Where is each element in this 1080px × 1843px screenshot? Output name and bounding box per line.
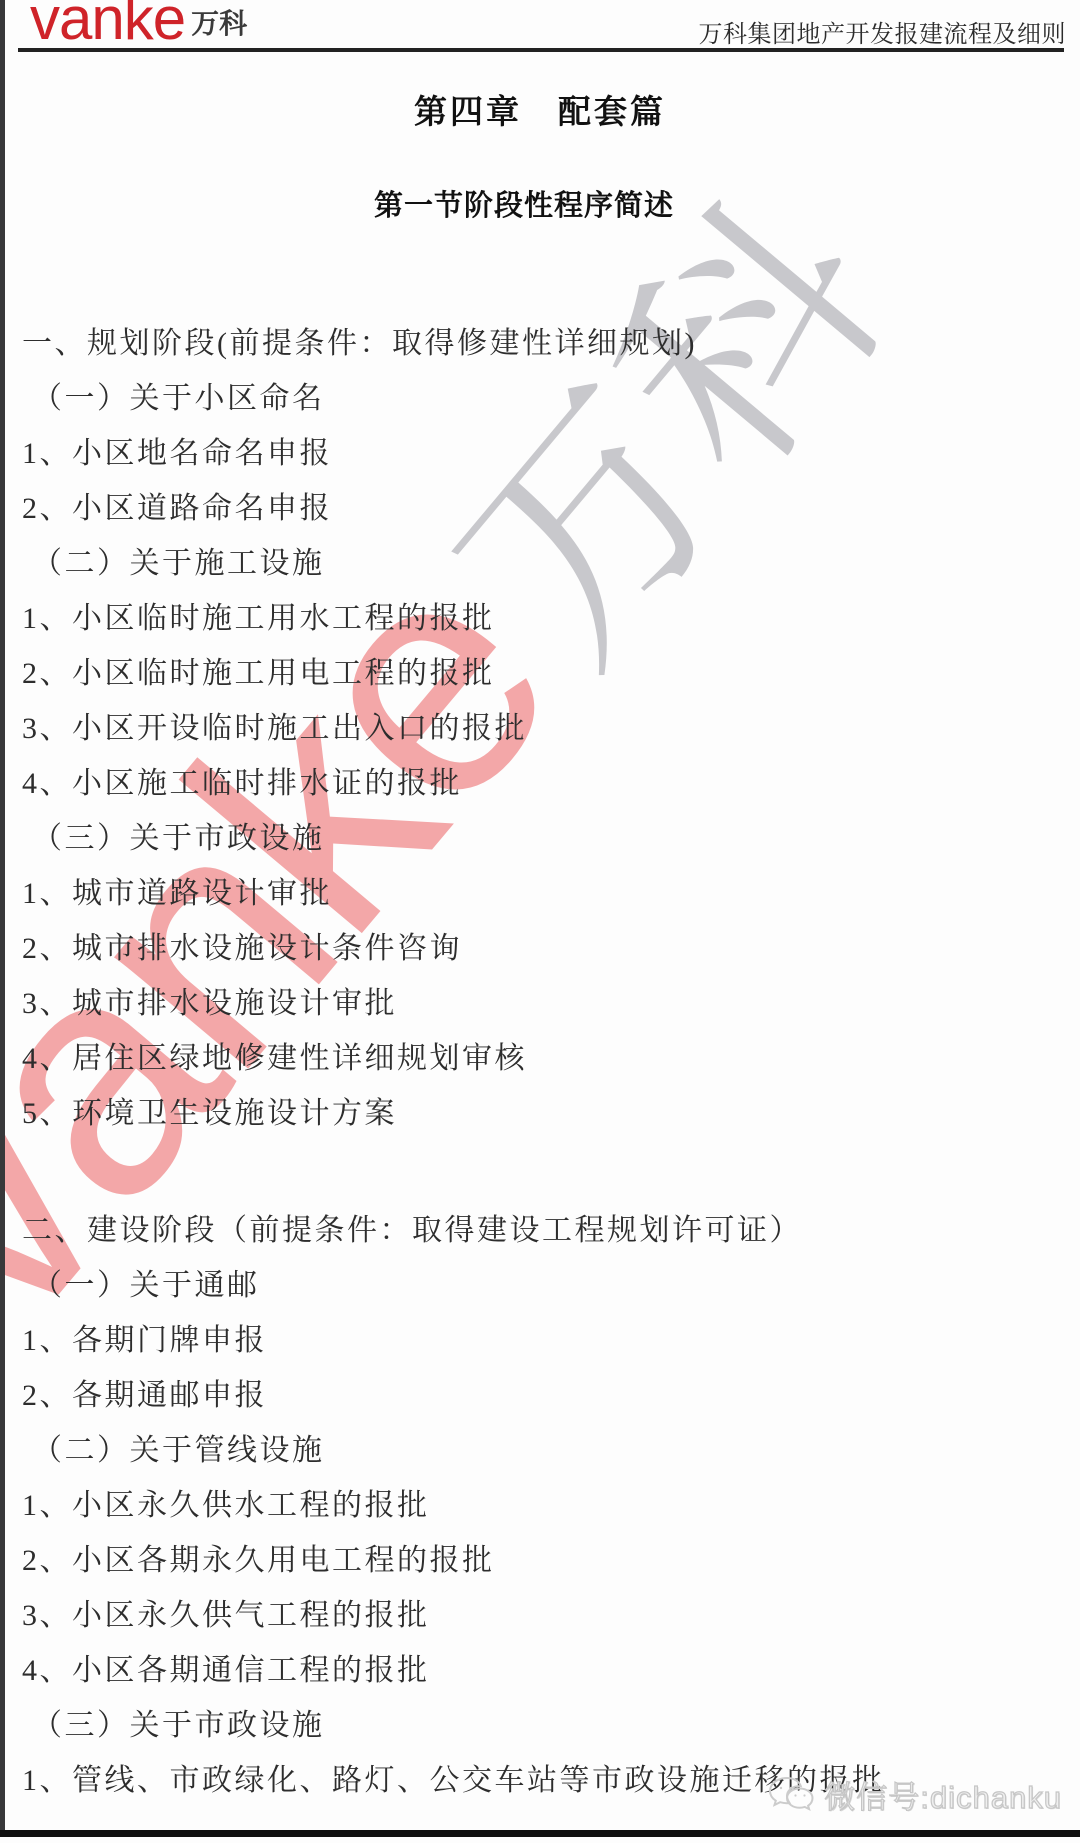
body-line: 1、小区地名命名申报	[0, 426, 1080, 481]
header-document-title: 万科集团地产开发报建流程及细则	[699, 14, 1067, 49]
body-line: 2、小区道路命名申报	[0, 481, 1080, 536]
vanke-logo-cjk: 万科	[191, 8, 247, 39]
chapter-title: 第四章 配套篇	[0, 86, 1080, 133]
body-line: 2、小区临时施工用电工程的报批	[0, 646, 1080, 701]
body-line: 3、小区永久供气工程的报批	[0, 1588, 1080, 1643]
body-line: 二、建设阶段（前提条件：取得建设工程规划许可证）	[0, 1203, 1080, 1258]
body-line: 2、小区各期永久用电工程的报批	[0, 1533, 1080, 1588]
body-spacer	[0, 1141, 1080, 1203]
vanke-logo: vanke万科	[30, 0, 247, 53]
body-line: 4、小区施工临时排水证的报批	[0, 756, 1080, 811]
body-line: 一、规划阶段(前提条件：取得修建性详细规划)	[0, 316, 1080, 371]
body-line: 2、城市排水设施设计条件咨询	[0, 921, 1080, 976]
body-line: 2、各期通邮申报	[0, 1368, 1080, 1423]
wechat-footer: 微信号:dichanku	[766, 1772, 1062, 1817]
body-line: （一）关于小区命名	[0, 371, 1080, 426]
wechat-icon	[766, 1774, 818, 1816]
body-line: 5、环境卫生设施设计方案	[0, 1086, 1080, 1141]
body-line: （一）关于通邮	[0, 1258, 1080, 1313]
body-line: 3、小区开设临时施工出入口的报批	[0, 701, 1080, 756]
body-lines: 一、规划阶段(前提条件：取得修建性详细规划)（一）关于小区命名1、小区地名命名申…	[0, 316, 1080, 1808]
body-line: 4、居住区绿地修建性详细规划审核	[0, 1031, 1080, 1086]
body-line: 4、小区各期通信工程的报批	[0, 1643, 1080, 1698]
body-line: 1、各期门牌申报	[0, 1313, 1080, 1368]
wechat-id-label: 微信号:dichanku	[824, 1772, 1062, 1817]
vanke-logo-latin: vanke	[30, 0, 185, 52]
section-title: 第一节阶段性程序简述	[0, 183, 1064, 224]
body-line: 1、小区永久供水工程的报批	[0, 1478, 1080, 1533]
page-bottom-line	[0, 1830, 1080, 1837]
body-line: （二）关于管线设施	[0, 1423, 1080, 1478]
body-line: （三）关于市政设施	[0, 811, 1080, 866]
body-line: （三）关于市政设施	[0, 1698, 1080, 1753]
document-page: vanke万科 vanke万科 万科集团地产开发报建流程及细则 第四章 配套篇 …	[0, 0, 1080, 1843]
body-line: 3、城市排水设施设计审批	[0, 976, 1080, 1031]
body-line: （二）关于施工设施	[0, 536, 1080, 591]
body-line: 1、小区临时施工用水工程的报批	[0, 591, 1080, 646]
body-line: 1、城市道路设计审批	[0, 866, 1080, 921]
